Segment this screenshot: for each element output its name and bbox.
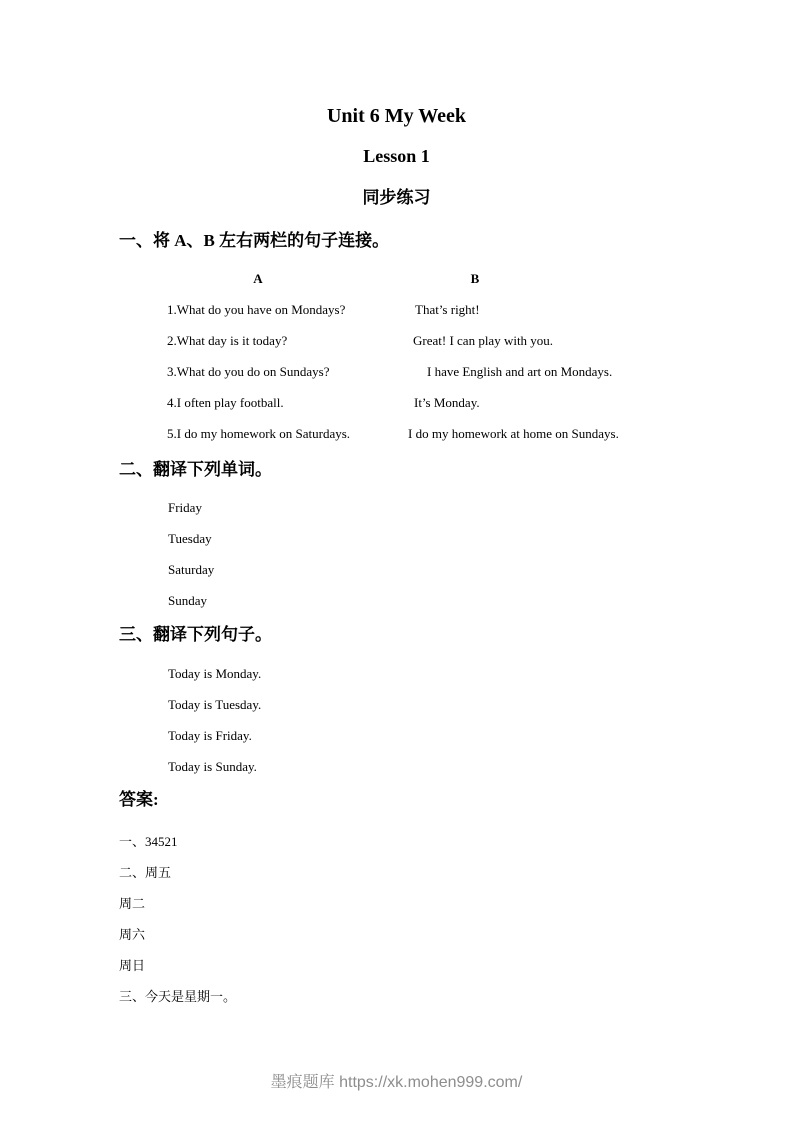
match-row: 2.What day is it today? Great! I can pla… xyxy=(167,333,793,348)
sentence-item: Today is Sunday. xyxy=(168,759,793,774)
lesson-title: Lesson 1 xyxy=(0,146,793,167)
column-b-item: I have English and art on Mondays. xyxy=(408,364,612,379)
subtitle-practice: 同步练习 xyxy=(0,188,793,208)
sentence-item: Today is Friday. xyxy=(168,728,793,743)
match-row: 1.What do you have on Mondays? That’s ri… xyxy=(167,302,793,317)
worksheet-page: Unit 6 My Week Lesson 1 同步练习 一、将 A、B 左右两… xyxy=(0,0,793,1122)
column-a-item: 1.What do you have on Mondays? xyxy=(167,302,408,317)
matching-exercise: A B 1.What do you have on Mondays? That’… xyxy=(0,271,793,441)
column-a-item: 5.I do my homework on Saturdays. xyxy=(167,426,408,441)
answer-line: 二、周五 xyxy=(119,865,793,880)
answer-line: 周二 xyxy=(119,896,793,911)
word-item: Sunday xyxy=(168,593,793,608)
word-item: Friday xyxy=(168,500,793,515)
column-a-item: 2.What day is it today? xyxy=(167,333,408,348)
column-a-item: 4.I often play football. xyxy=(167,395,408,410)
unit-title: Unit 6 My Week xyxy=(0,0,793,127)
match-row: 3.What do you do on Sundays? I have Engl… xyxy=(167,364,793,379)
column-a-header: A xyxy=(167,271,349,286)
footer-watermark: 墨痕题库 https://xk.mohen999.com/ xyxy=(0,1069,793,1092)
section2-heading: 二、翻译下列单词。 xyxy=(119,460,793,480)
match-row: 5.I do my homework on Saturdays. I do my… xyxy=(167,426,793,441)
column-a-item: 3.What do you do on Sundays? xyxy=(167,364,408,379)
answers-heading: 答案: xyxy=(119,790,793,810)
word-translation-list: Friday Tuesday Saturday Sunday xyxy=(0,500,793,608)
match-row: 4.I often play football. It’s Monday. xyxy=(167,395,793,410)
sentence-item: Today is Monday. xyxy=(168,666,793,681)
answer-line: 一、34521 xyxy=(119,834,793,849)
word-item: Saturday xyxy=(168,562,793,577)
column-b-item: I do my homework at home on Sundays. xyxy=(408,426,619,441)
column-header-row: A B xyxy=(167,271,793,286)
answer-line: 三、今天是星期一。 xyxy=(119,989,793,1004)
answer-line: 周六 xyxy=(119,927,793,942)
word-item: Tuesday xyxy=(168,531,793,546)
sentence-translation-list: Today is Monday. Today is Tuesday. Today… xyxy=(0,666,793,774)
column-b-header: B xyxy=(349,271,601,286)
section1-heading: 一、将 A、B 左右两栏的句子连接。 xyxy=(119,231,793,251)
answers-list: 一、34521 二、周五 周二 周六 周日 三、今天是星期一。 xyxy=(0,834,793,1004)
answer-line: 周日 xyxy=(119,958,793,973)
section3-heading: 三、翻译下列句子。 xyxy=(119,625,793,645)
column-b-item: That’s right! xyxy=(408,302,480,317)
sentence-item: Today is Tuesday. xyxy=(168,697,793,712)
column-b-item: Great! I can play with you. xyxy=(408,333,553,348)
column-b-item: It’s Monday. xyxy=(408,395,480,410)
